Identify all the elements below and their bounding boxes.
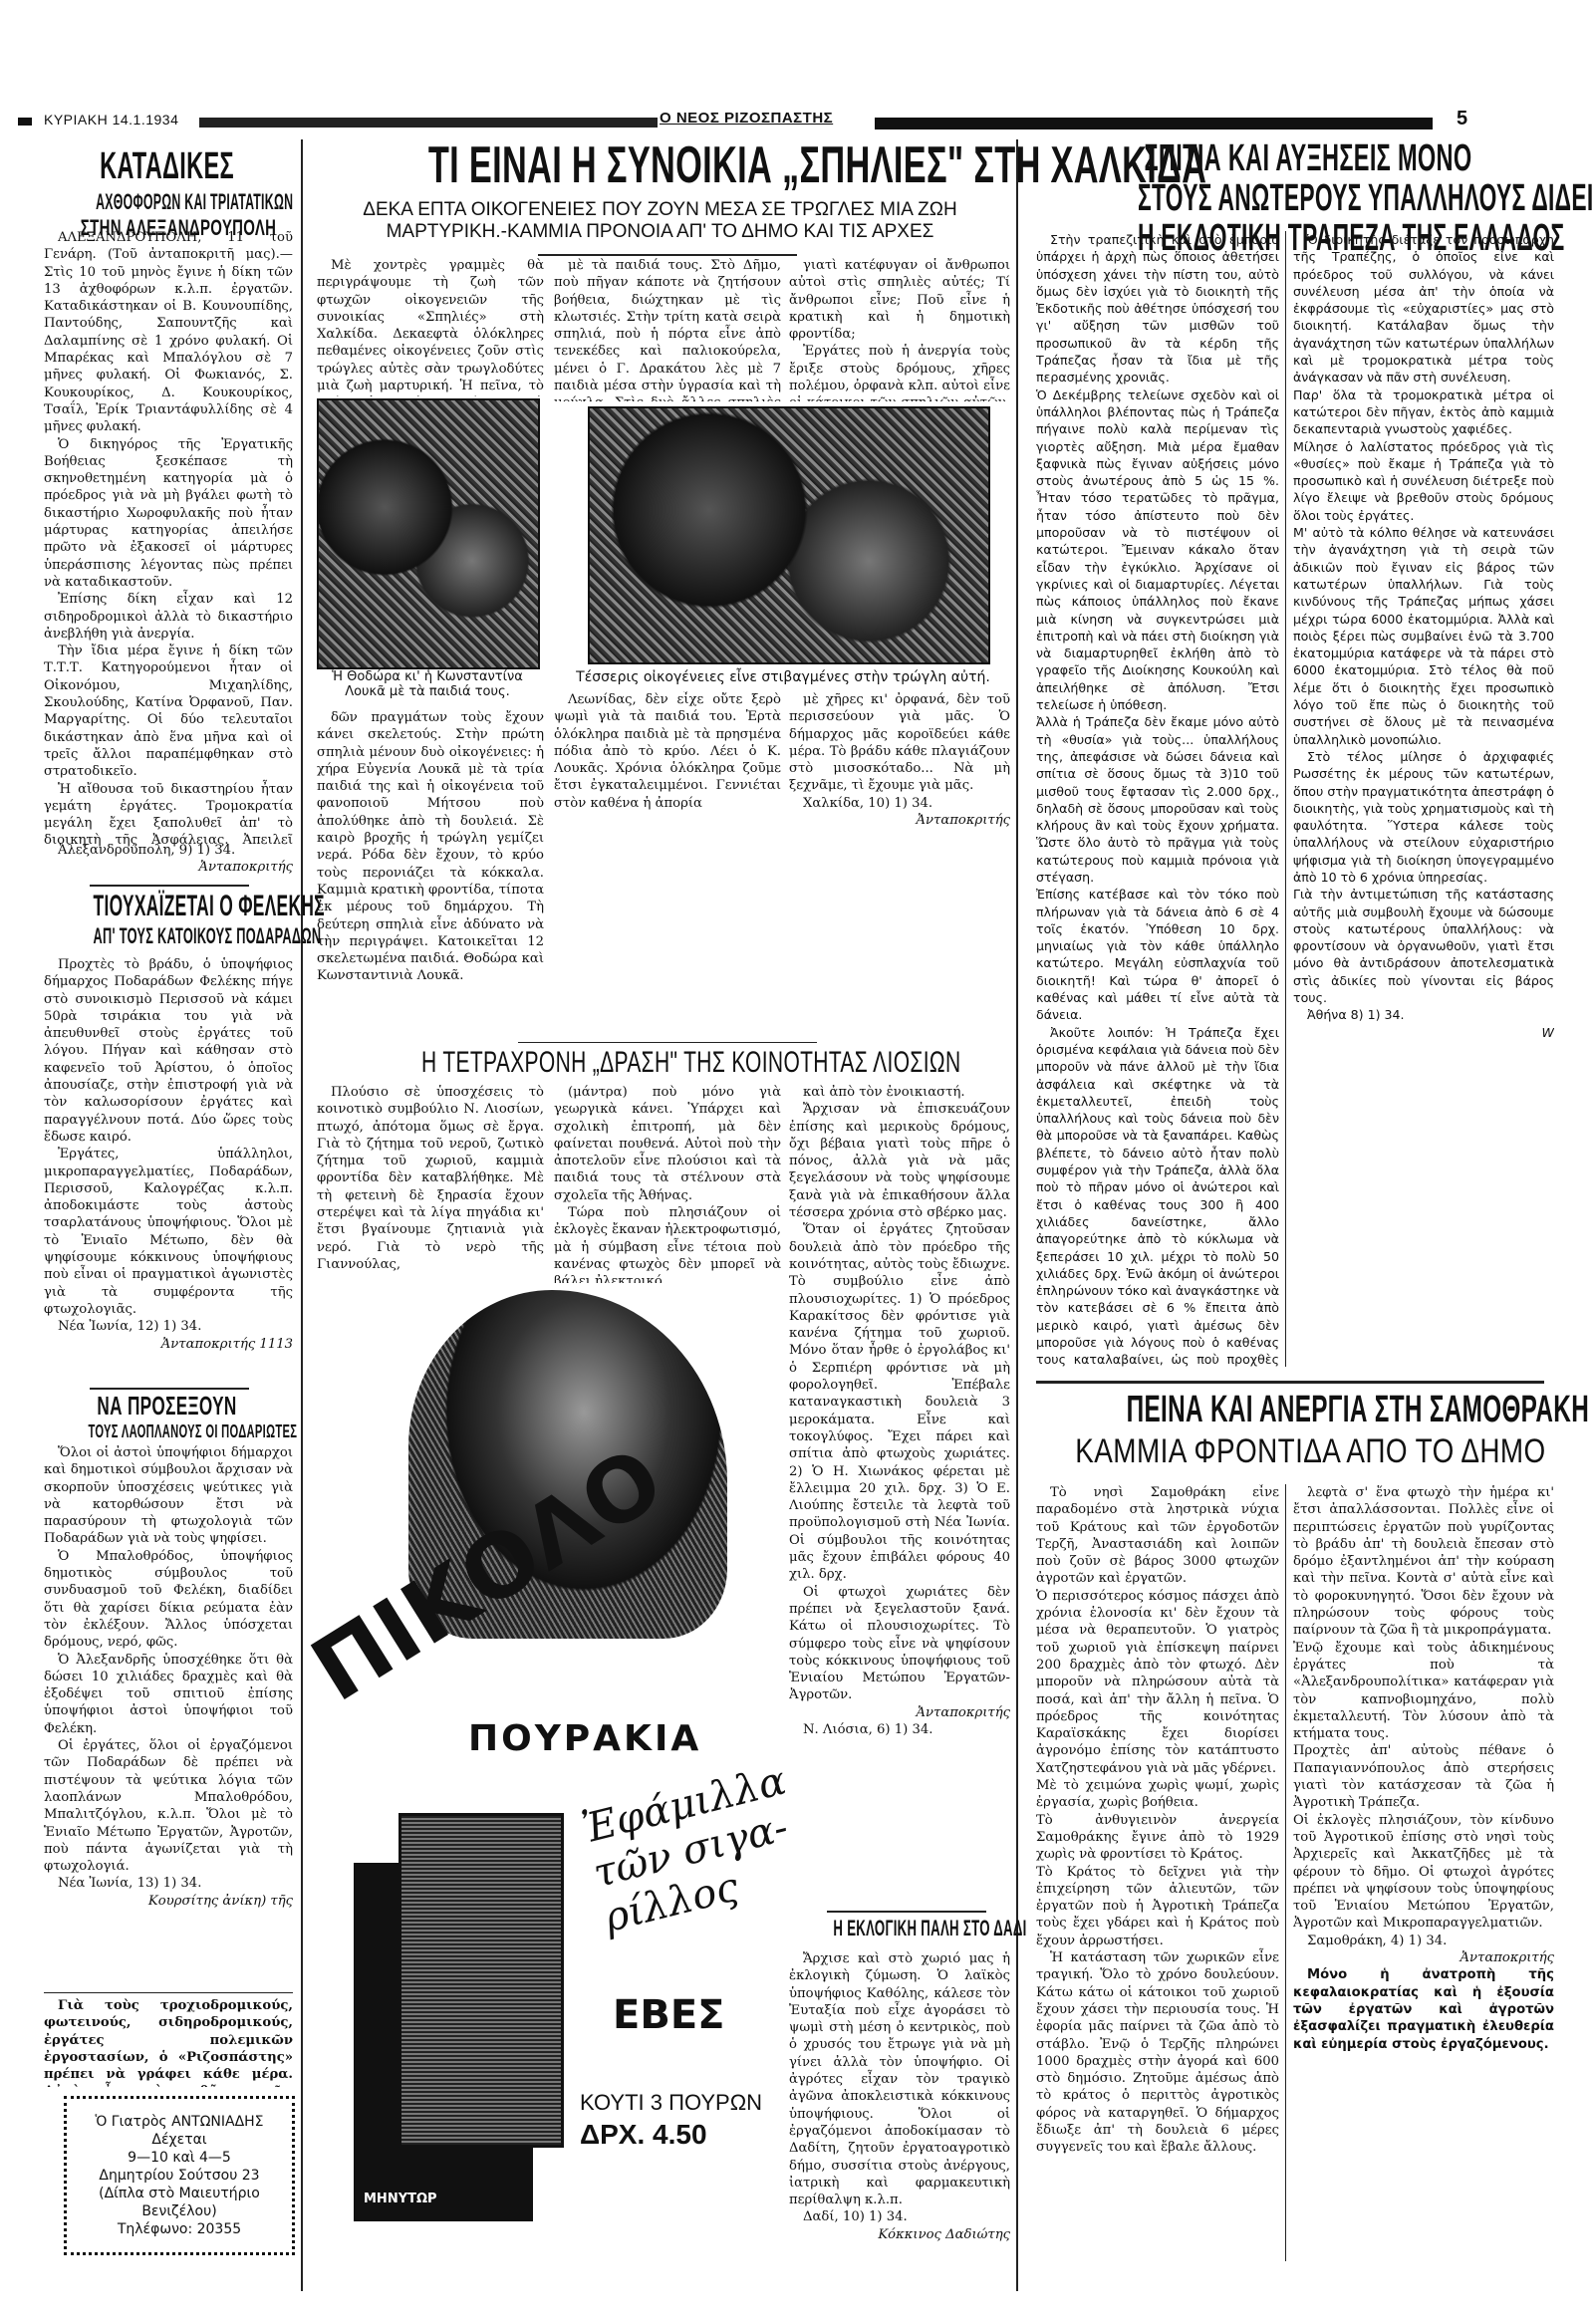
subheadline: ΑΧΘΟΦΟΡΩΝ ΚΑΙ ΤΡΙΑΤΑΤΙΚΩΝ bbox=[96, 191, 238, 213]
article-spilies: ΤΙ ΕΙΝΑΙ Η ΣΥΝΟΙΚΙΑ „ΣΠΗΛΙΕΣ" ΣΤΗ ΧΑΛΚΙΔ… bbox=[309, 139, 1011, 243]
ornament-block bbox=[18, 118, 32, 126]
agency-tag: ΜΗΝΥΤΩΡ bbox=[364, 2192, 437, 2206]
price: ΔΡΧ. 4.50 bbox=[580, 2119, 762, 2151]
paragraph: Τώρα ποὺ πλησιάζουν οἱ ἐκλογὲς ἔκαναν ἠλ… bbox=[554, 1204, 781, 1283]
address-note: (Δίπλα στὸ Μαιευτήριο bbox=[67, 2185, 292, 2202]
paragraph: (μάντρα) ποὺ μόνο γιὰ γεωργικὰ κάνει. Ὑπ… bbox=[554, 1084, 781, 1204]
paragraph: ΑΛΕΞΑΝΔΡΟΥΠΟΛΗ, 11 τοῦ Γενάρη. (Τοῦ ἀντα… bbox=[44, 229, 293, 436]
paragraph: Ἐργάτες ποὺ ἡ ἀνεργία τοὺς ἔριξε στοὺς δ… bbox=[789, 343, 1010, 401]
headline: ΠΕΙΝΑ ΚΑΙ ΑΝΕΡΓΙΑ ΣΤΗ ΣΑΜΟΘΡΑΚΗ bbox=[1127, 1391, 1490, 1428]
headline: Η ΤΕΤΡΑΧΡΟΝΗ „ΔΡΑΣΗ" ΤΗΣ ΚΟΙΝΟΤΗΤΑΣ ΛΙΟΣ… bbox=[421, 1048, 910, 1078]
article-body-col3: μὲ χῆρες κι' ὀρφανά, δὲν τοῦ περισσεύουν… bbox=[789, 691, 1010, 1020]
article-footer: Ἀλεξανδρούπολη, 9) 1) 34. Ἀνταποκριτής bbox=[44, 842, 293, 882]
paragraph: Ἡ αἴθουσα τοῦ δικαστηρίου ἦταν γεμάτη ἐρ… bbox=[44, 781, 293, 848]
dateline: Ἀθήνα 8) 1) 34. bbox=[1293, 1006, 1554, 1023]
paragraph: Ἡ κατάσταση τῶν χωρικῶν εἶνε τραγική. Ὅλ… bbox=[1036, 1949, 1279, 2157]
dateline: Χαλκίδα, 10) 1) 34. bbox=[789, 795, 1010, 812]
maker-name: ΕΒΕΣ bbox=[613, 1992, 724, 2038]
paragraph: Ἐργάτες, ὑπάλληλοι, μικροπαραγγελματίες,… bbox=[44, 1146, 293, 1318]
article-samothraki: ΠΕΙΝΑ ΚΑΙ ΑΝΕΡΓΙΑ ΣΤΗ ΣΑΜΟΘΡΑΚΗ ΚΑΜΜΙΑ Φ… bbox=[1024, 1391, 1592, 1468]
article-body: Ὅλοι οἱ ἀστοὶ ὑποψήφιοι δήμαρχοι καὶ δημ… bbox=[44, 1444, 293, 1982]
photo-women-children bbox=[317, 398, 540, 669]
liosia-col2: (μάντρα) ποὺ μόνο γιὰ γεωργικὰ κάνει. Ὑπ… bbox=[554, 1084, 781, 1283]
dateline: Ἀλεξανδρούπολη, 9) 1) 34. bbox=[44, 842, 293, 859]
paragraph: Πλούσιο σὲ ὑποσχέσεις τὸ κοινοτικὸ συμβο… bbox=[317, 1084, 544, 1273]
paragraph: Οἱ ἐργάτες, ὅλοι οἱ ἐργαζόμενοι τῶν Ποδα… bbox=[44, 1737, 293, 1875]
ekdotiki-col2: Ὁ διοικητὴς διέταξε τὸν προσωπάρχη τῆς Τ… bbox=[1293, 231, 1554, 1367]
dateline: Δαδί, 10) 1) 34. bbox=[789, 2208, 1010, 2225]
subheadline: ΚΑΜΜΙΑ ΦΡΟΝΤΙΔΑ ΑΠΟ ΤΟ ΔΗΜΟ bbox=[1075, 1434, 1540, 1468]
liosia-col1: Πλούσιο σὲ ὑποσχέσεις τὸ κοινοτικὸ συμβο… bbox=[317, 1084, 544, 1283]
paragraph: Στὴν τραπεζιτικὴ καὶ στὸ ἐμπόριο ὑπάρχει… bbox=[1036, 231, 1279, 1024]
inner-divider bbox=[1285, 1484, 1286, 2261]
liosia-col3: καὶ ἀπὸ τὸν ἐνοικιαστή. Ἄρχισαν νὰ ἐπισκ… bbox=[789, 1084, 1010, 1901]
subheadline: ΔΕΚΑ ΕΠΤΑ ΟΙΚΟΓΕΝΕΙΕΣ ΠΟΥ ΖΟΥΝ ΜΕΣΑ ΣΕ Τ… bbox=[309, 199, 1011, 221]
newspaper-title: Ο ΝΕΟΣ ΡΙΖΟΣΠΑΣΤΗΣ bbox=[660, 110, 833, 127]
inner-divider bbox=[1285, 231, 1286, 1367]
caption-line: Ἡ Θοδώρα κι' ἡ Κωνσταντίνα bbox=[317, 669, 538, 684]
separator bbox=[90, 885, 249, 887]
article-ladi: Η ΕΚΛΟΓΙΚΗ ΠΑΛΗ ΣΤΟ ΔΑΔΙ bbox=[789, 1918, 1010, 1939]
signature: Ἀνταποκριτής bbox=[1293, 1949, 1554, 1966]
samothraki-col1: Τὸ νησὶ Σαμοθράκη εἶνε παραδομένο στὰ λη… bbox=[1036, 1484, 1279, 2271]
doctor-name: Ὁ Γιατρὸς ΑΝΤΩΝΙΑΔΗΣ bbox=[67, 2113, 292, 2131]
notice-text: Γιὰ τοὺς τροχιοδρομικούς, φωτεινούς, σιδ… bbox=[44, 1997, 293, 2087]
paragraph: Ἐπίσης δίκη εἶχαν καὶ 12 σιδηροδρομικοὶ … bbox=[44, 591, 293, 643]
signature: Κουρσίτης ἀνίκη) τῆς bbox=[44, 1893, 293, 1910]
article-liosia: Η ΤΕΤΡΑΧΡΟΝΗ „ΔΡΑΣΗ" ΤΗΣ ΚΟΙΝΟΤΗΤΑΣ ΛΙΟΣ… bbox=[317, 1048, 1014, 1078]
paragraph: καὶ ἀπὸ τὸν ἐνοικιαστή. bbox=[789, 1084, 1010, 1101]
paragraph: Ὁ Μπαλοθρόδος, ὑποψήφιος δημοτικὸς σύμβο… bbox=[44, 1548, 293, 1652]
signature: Ἀνταποκριτής 1113 bbox=[44, 1336, 293, 1353]
subheadline: ΜΑΡΤΥΡΙΚΗ.-ΚΑΜΜΙΑ ΠΡΟΝΟΙΑ ΑΠ' ΤΟ ΔΗΜΟ ΚΑ… bbox=[309, 221, 1011, 243]
article-body-col1: Μὲ χοντρὲς γραμμὲς θὰ περιγράψουμε τὴ ζω… bbox=[317, 257, 544, 396]
paragraph: μὲ τὰ παιδιά τους. Στὸ Δῆμο, ποὺ πῆγαν κ… bbox=[554, 257, 781, 401]
paragraph: Ὁ διοικητὴς διέταξε τὸν προσωπάρχη τῆς Τ… bbox=[1293, 231, 1554, 748]
dateline: Νέα Ἰωνία, 12) 1) 34. bbox=[44, 1318, 293, 1335]
column-divider bbox=[1016, 139, 1018, 2291]
samothraki-col2: λεφτὰ σ' ἕνα φτωχὸ τὴν ἡμέρα κι' ἔτσι ἀπ… bbox=[1293, 1484, 1554, 2271]
article-katadikes: ΚΑΤΑΔΙΚΕΣ ΑΧΘΟΦΟΡΩΝ ΚΑΙ ΤΡΙΑΤΑΤΙΚΩΝ ΣΤΗΝ… bbox=[40, 147, 294, 239]
ladi-body: Ἄρχισε καὶ στὸ χωριό μας ἡ ἐκλογικὴ ζύμω… bbox=[789, 1950, 1010, 2289]
paragraph: Ὅταν οἱ ἐργάτες ζητοῦσαν δουλειὰ ἀπὸ τὸν… bbox=[789, 1221, 1010, 1583]
subheadline: ΑΠ' ΤΟΥΣ ΚΑΤΟΙΚΟΥΣ ΠΟΔΑΡΑΔΩΝ bbox=[94, 925, 241, 947]
headline: ΣΠΙΤΙΑ ΚΑΙ ΑΥΞΗΣΕΙΣ ΜΟΝΟ bbox=[1132, 139, 1483, 177]
box-quantity: ΚΟΥΤΙ 3 ΠΟΥΡΩΝ bbox=[580, 2087, 762, 2119]
product-name: ΠΟΥΡΑΚΙΑ bbox=[468, 1718, 701, 1759]
paragraph: γιατὶ κατέφυγαν οἱ ἄνθρωποι αὐτοὶ στὶς σ… bbox=[789, 257, 1010, 343]
headline: ΤΙ ΕΙΝΑΙ Η ΣΥΝΟΙΚΙΑ „ΣΠΗΛΙΕΣ" ΣΤΗ ΧΑΛΚΙΔ… bbox=[428, 139, 892, 191]
separator bbox=[44, 1992, 293, 1993]
headline: ΝΑ ΠΡΟΣΕΞΟΥΝ bbox=[83, 1393, 250, 1419]
article-body-col3: γιατὶ κατέφυγαν οἱ ἄνθρωποι αὐτοὶ στὶς σ… bbox=[789, 257, 1010, 401]
cigar-pack-image bbox=[398, 1813, 564, 2148]
paragraph: Τὸ νησὶ Σαμοθράκη εἶνε παραδομένο στὰ λη… bbox=[1036, 1484, 1279, 1949]
phone-number: Τηλέφωνο: 20355 bbox=[67, 2220, 292, 2238]
doctor-advertisement: Ὁ Γιατρὸς ΑΝΤΩΝΙΑΔΗΣ Δέχεται 9—10 καὶ 4—… bbox=[64, 2096, 295, 2255]
photo-four-families bbox=[588, 406, 990, 664]
separator bbox=[538, 254, 797, 256]
doctor-line: Δέχεται bbox=[67, 2131, 292, 2149]
cigar-advertisement: ΠΙΚΟΛΟ ΠΟΥΡΑΚΙΑ ΜΗΝΥΤΩΡ Ἐφάμιλλα τῶν σιγ… bbox=[329, 1290, 772, 2246]
paragraph: Ἀκοῦτε λοιπόν: Ἡ Τράπεζα ἔχει ὁρισμένα κ… bbox=[1036, 1024, 1279, 1367]
dateline: Νέα Ἰωνία, 13) 1) 34. bbox=[44, 1875, 293, 1892]
paragraph: μὲ χῆρες κι' ὀρφανά, δὲν τοῦ περισσεύουν… bbox=[789, 691, 1010, 795]
separator bbox=[90, 1388, 249, 1390]
article-body: Προχτὲς τὸ βράδυ, ὁ ὑποψήφιος δήμαρχος Π… bbox=[44, 956, 293, 1375]
paragraph: Λεωνίδας, δὲν εἶχε οὔτε ξερὸ ψωμὶ γιὰ τὰ… bbox=[554, 691, 781, 812]
article-felekis: ΤΙΟΥΧΑΪΖΕΤΑΙ Ο ΦΕΛΕΚΗΣ ΑΠ' ΤΟΥΣ ΚΑΤΟΙΚΟΥ… bbox=[40, 892, 294, 947]
subheadline: ΤΟΥΣ ΛΑΟΠΛΑΝΟΥΣ ΟΙ ΠΟΔΑΡΙΩΤΕΣ bbox=[88, 1422, 245, 1440]
paragraph: Ὁ Ἀλεξανδρῆς ὑποσχέθηκε ὅτι θὰ δώσει 10 … bbox=[44, 1652, 293, 1737]
slogan: Ἐφάμιλλα τῶν σιγα- ρίλλος bbox=[578, 1758, 813, 1941]
office-hours: 9—10 καὶ 4—5 bbox=[67, 2149, 292, 2167]
article-podariotes: ΝΑ ΠΡΟΣΕΞΟΥΝ ΤΟΥΣ ΛΑΟΠΛΑΝΟΥΣ ΟΙ ΠΟΔΑΡΙΩΤ… bbox=[40, 1393, 294, 1440]
article-body-col2: μὲ τὰ παιδιά τους. Στὸ Δῆμο, ποὺ πῆγαν κ… bbox=[554, 257, 781, 401]
article-body-col1: δῶν πραγμάτων τοὺς ἔχουν κάνει σκελετούς… bbox=[317, 709, 544, 1018]
separator bbox=[518, 1042, 817, 1043]
address: Δημητρίου Σούτσου 23 bbox=[67, 2167, 292, 2185]
article-body-col2: Λεωνίδας, δὲν εἶχε οὔτε ξερὸ ψωμὶ γιὰ τὰ… bbox=[554, 691, 781, 1020]
paragraph: Ἄρχισε καὶ στὸ χωριό μας ἡ ἐκλογικὴ ζύμω… bbox=[789, 1950, 1010, 2208]
page-number: 5 bbox=[1457, 108, 1467, 130]
paragraph: Προχτὲς τὸ βράδυ, ὁ ὑποψήφιος δήμαρχος Π… bbox=[44, 956, 293, 1146]
dateline: Ν. Λιόσια, 6) 1) 34. bbox=[789, 1721, 1010, 1738]
caption-line: Λουκᾶ μὲ τὰ παιδιά τους. bbox=[317, 684, 538, 699]
paragraph: Ὁ δικηγόρος τῆς Ἐργατικῆς Βοήθειας ξεσκέ… bbox=[44, 436, 293, 592]
signature: Ἀνταποκριτής bbox=[44, 859, 293, 876]
paragraph: δῶν πραγμάτων τοὺς ἔχουν κάνει σκελετούς… bbox=[317, 709, 544, 985]
issue-date: ΚΥΡΙΑΚΗ 14.1.1934 bbox=[44, 112, 178, 128]
masthead-rule-left bbox=[199, 118, 658, 128]
ekdotiki-col1: Στὴν τραπεζιτικὴ καὶ στὸ ἐμπόριο ὑπάρχει… bbox=[1036, 231, 1279, 1367]
dateline: Σαμοθράκη, 4) 1) 34. bbox=[1293, 1933, 1554, 1949]
headline: ΤΙΟΥΧΑΪΖΕΤΑΙ Ο ΦΕΛΕΚΗΣ bbox=[94, 892, 241, 921]
paragraph: Οἱ φτωχοὶ χωριάτες δὲν πρέπει νὰ ξεγελασ… bbox=[789, 1584, 1010, 1704]
separator bbox=[1036, 1381, 1544, 1384]
article-body: ΑΛΕΞΑΝΔΡΟΥΠΟΛΗ, 11 τοῦ Γενάρη. (Τοῦ ἀντα… bbox=[44, 229, 293, 847]
notice-correspondents: Γιὰ τοὺς τροχιοδρομικούς, φωτεινούς, σιδ… bbox=[44, 1997, 293, 2087]
price-info: ΚΟΥΤΙ 3 ΠΟΥΡΩΝ ΔΡΧ. 4.50 bbox=[580, 2087, 762, 2151]
signature: Ἀνταποκριτής bbox=[789, 812, 1010, 829]
paragraph: Ἄρχισαν νὰ ἐπισκευάζουν ἐπίσης καὶ μερικ… bbox=[789, 1101, 1010, 1221]
paragraph: Στὸ τέλος μίλησε ὁ ἀρχιφαφιές Ρωσσέτης ἐ… bbox=[1293, 748, 1554, 1006]
signature: Κόκκινος Δαδιώτης bbox=[789, 2226, 1010, 2243]
paragraph: Μόνο ἡ ἀνατροπὴ τῆς κεφαλαιοκρατίας καὶ … bbox=[1293, 1966, 1554, 2052]
paragraph: Μὲ χοντρὲς γραμμὲς θὰ περιγράψουμε τὴ ζω… bbox=[317, 257, 544, 396]
signature: W bbox=[1293, 1024, 1554, 1041]
separator bbox=[827, 1911, 986, 1913]
paragraph: λεφτὰ σ' ἕνα φτωχὸ τὴν ἡμέρα κι' ἔτσι ἀπ… bbox=[1293, 1484, 1554, 1933]
headline: Η ΕΚΛΟΓΙΚΗ ΠΑΛΗ ΣΤΟ ΔΑΔΙ bbox=[833, 1918, 965, 1939]
masthead-rule-right bbox=[875, 118, 1433, 129]
address-note: Βενιζέλου) bbox=[67, 2202, 292, 2220]
photo-caption: Ἡ Θοδώρα κι' ἡ Κωνσταντίνα Λουκᾶ μὲ τὰ π… bbox=[317, 669, 538, 699]
column-divider bbox=[301, 139, 303, 2291]
paragraph: Ὅλοι οἱ ἀστοὶ ὑποψήφιοι δήμαρχοι καὶ δημ… bbox=[44, 1444, 293, 1548]
paragraph: Τὴν ἴδια μέρα ἔγινε ἡ δίκη τῶν Τ.Τ.Τ. Κα… bbox=[44, 643, 293, 780]
masthead: ΚΥΡΙΑΚΗ 14.1.1934 Ο ΝΕΟΣ ΡΙΖΟΣΠΑΣΤΗΣ 5 bbox=[0, 108, 1594, 137]
headline: ΚΑΤΑΔΙΚΕΣ bbox=[88, 147, 245, 185]
headline: ΣΤΟΥΣ ΑΝΩΤΕΡΟΥΣ ΥΠΑΛΛΗΛΟΥΣ ΔΙΔΕΙ bbox=[1138, 179, 1478, 217]
photo-caption: Τέσσερις οἰκογένειες εἶνε στιβαγμένες στ… bbox=[554, 669, 1012, 685]
signature: Ἀνταποκριτής bbox=[789, 1704, 1010, 1721]
